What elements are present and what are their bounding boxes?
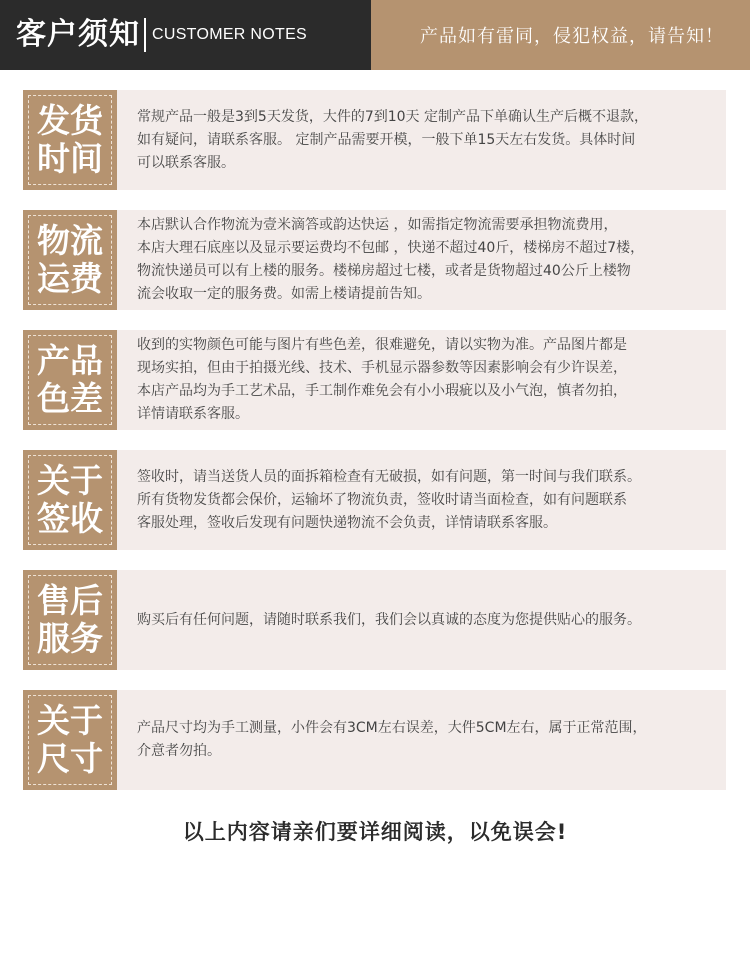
section-text: 签收时，请当送货人员的面拆箱检查有无破损，如有问题，第一时间与我们联系。 所有货… (137, 466, 641, 535)
section-text: 本店默认合作物流为壹米滴答或韵达快运 ，如需指定物流需要承担物流费用， 本店大理… (137, 214, 644, 306)
section-badge-label: 发货时间 (23, 90, 117, 190)
section-badge-label: 关于签收 (23, 450, 117, 550)
section-body: 收到的实物颜色可能与图片有些色差，很难避免，请以实物为准。产品图片都是 现场实拍… (117, 330, 726, 430)
section-color-difference: 产品色差 收到的实物颜色可能与图片有些色差，很难避免，请以实物为准。产品图片都是… (23, 330, 726, 430)
copyright-notice: 产品如有雷同，侵犯权益，请告知！ (420, 22, 724, 48)
title-divider (144, 18, 146, 52)
section-badge: 售后服务 (23, 570, 117, 670)
page-title: 客户须知 (16, 20, 140, 50)
section-body: 本店默认合作物流为壹米滴答或韵达快运 ，如需指定物流需要承担物流费用， 本店大理… (117, 210, 726, 310)
section-shipping-time: 发货时间 常规产品一般是3到5天发货，大件的7到10天 定制产品下单确认生产后概… (23, 90, 726, 190)
section-receipt: 关于签收 签收时，请当送货人员的面拆箱检查有无破损，如有问题，第一时间与我们联系… (23, 450, 726, 550)
section-body: 产品尺寸均为手工测量，小件会有3CM左右误差，大件5CM左右，属于正常范围， 介… (117, 690, 726, 790)
section-text: 常规产品一般是3到5天发货，大件的7到10天 定制产品下单确认生产后概不退款， … (137, 106, 648, 175)
section-badge-label: 关于尺寸 (23, 690, 117, 790)
section-text: 收到的实物颜色可能与图片有些色差，很难避免，请以实物为准。产品图片都是 现场实拍… (137, 334, 627, 426)
section-badge: 发货时间 (23, 90, 117, 190)
section-badge: 物流运费 (23, 210, 117, 310)
page-header: 客户须知 CUSTOMER NOTES 产品如有雷同，侵犯权益，请告知！ (0, 0, 750, 70)
section-text: 产品尺寸均为手工测量，小件会有3CM左右误差，大件5CM左右，属于正常范围， 介… (137, 717, 647, 763)
header-title-block: 客户须知 CUSTOMER NOTES (0, 0, 371, 70)
section-after-sales: 售后服务 购买后有任何问题，请随时联系我们，我们会以真诚的态度为您提供贴心的服务… (23, 570, 726, 670)
page-subtitle: CUSTOMER NOTES (152, 26, 307, 44)
section-text: 购买后有任何问题，请随时联系我们，我们会以真诚的态度为您提供贴心的服务。 (137, 609, 641, 632)
section-body: 常规产品一般是3到5天发货，大件的7到10天 定制产品下单确认生产后概不退款， … (117, 90, 726, 190)
section-body: 签收时，请当送货人员的面拆箱检查有无破损，如有问题，第一时间与我们联系。 所有货… (117, 450, 726, 550)
section-badge-label: 产品色差 (23, 330, 117, 430)
section-badge: 产品色差 (23, 330, 117, 430)
section-dimensions: 关于尺寸 产品尺寸均为手工测量，小件会有3CM左右误差，大件5CM左右，属于正常… (23, 690, 726, 790)
section-badge-label: 售后服务 (23, 570, 117, 670)
section-logistics-fee: 物流运费 本店默认合作物流为壹米滴答或韵达快运 ，如需指定物流需要承担物流费用，… (23, 210, 726, 310)
footer-reminder: 以上内容请亲们要详细阅读，以免误会! (0, 816, 750, 846)
section-body: 购买后有任何问题，请随时联系我们，我们会以真诚的态度为您提供贴心的服务。 (117, 570, 726, 670)
section-badge: 关于尺寸 (23, 690, 117, 790)
header-notice-block: 产品如有雷同，侵犯权益，请告知！ (371, 0, 750, 70)
section-badge-label: 物流运费 (23, 210, 117, 310)
section-badge: 关于签收 (23, 450, 117, 550)
